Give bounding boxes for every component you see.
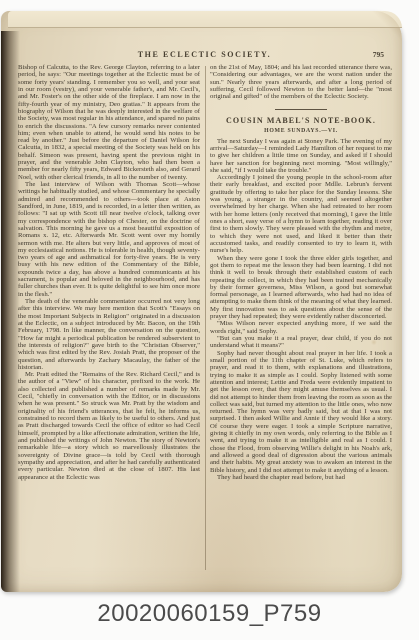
- scanned-book-photo: THE ECLECTIC SOCIETY. 795 Bishop of Calc…: [0, 0, 419, 640]
- section-divider-rule: [275, 109, 327, 110]
- running-title: THE ECLECTIC SOCIETY.: [19, 50, 390, 59]
- section-title: COUSIN MABEL'S NOTE-BOOK.: [210, 116, 392, 125]
- paragraph: "Miss Wilson never expected anything mor…: [210, 320, 392, 335]
- paragraph: The death of the venerable commentator o…: [18, 298, 200, 371]
- page-number: 795: [373, 50, 384, 59]
- paragraph: Bishop of Calcutta, to the Rev. George C…: [18, 64, 200, 181]
- column-rule: [205, 66, 206, 570]
- right-column: on the 21st of May, 1804; and his last r…: [210, 64, 392, 578]
- paragraph: The last interview of Wilson with Thomas…: [18, 181, 200, 298]
- book-page: THE ECLECTIC SOCIETY. 795 Bishop of Calc…: [1, 11, 402, 592]
- paragraph: The next Sunday I was again at Stoney Pa…: [210, 138, 392, 175]
- section-subtitle: HOME SUNDAYS.—VI.: [210, 128, 392, 134]
- left-column: Bishop of Calcutta, to the Rev. George C…: [18, 64, 200, 578]
- paragraph: Mr. Pratt edited the "Remains of the Rev…: [18, 371, 200, 481]
- paragraph: They had heard the chapter read before, …: [210, 474, 392, 481]
- paragraph: Accordingly I joined the young people in…: [210, 174, 392, 254]
- paragraph: Sophy had never thought about real praye…: [210, 350, 392, 474]
- text-columns: Bishop of Calcutta, to the Rev. George C…: [18, 64, 392, 578]
- page-top-edge: [8, 11, 402, 28]
- paragraph: on the 21st of May, 1804; and his last r…: [210, 64, 392, 101]
- paragraph: When they were gone I took the three eld…: [210, 255, 392, 321]
- page-header: THE ECLECTIC SOCIETY. 795: [19, 50, 390, 62]
- scan-label: 20020060159_P759: [0, 600, 419, 628]
- paragraph: "But can you make it a real prayer, dear…: [210, 335, 392, 350]
